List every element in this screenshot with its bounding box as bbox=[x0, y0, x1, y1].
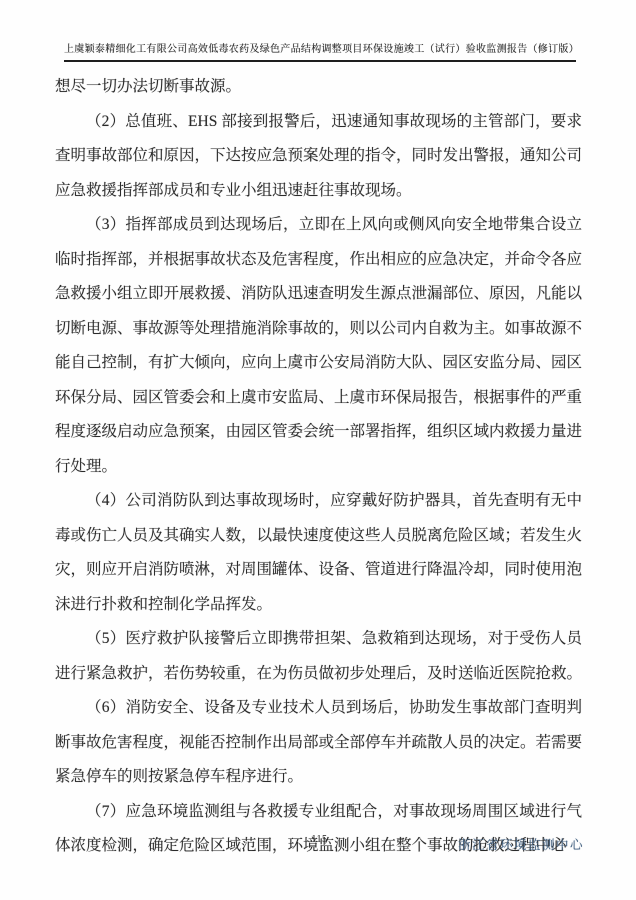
body-paragraph: （5）医疗救护队接警后立即携带担架、急救箱到达现场，对于受伤人员进行紧急救护，若… bbox=[55, 622, 582, 691]
document-footer: 115 浙江省环境监测中心 bbox=[55, 834, 584, 854]
body-paragraph: （4）公司消防队到达事故现场时，应穿戴好防护器具，首先查明有无中毒或伤亡人员及其… bbox=[55, 484, 582, 622]
document-body: 想尽一切办法切断事故源。 （2）总值班、EHS 部接到报警后，迅速通知事故现场的… bbox=[55, 70, 582, 864]
body-paragraph: （6）消防安全、设备及专业技术人员到场后，协助发生事故部门查明判断事故危害程度，… bbox=[55, 691, 582, 795]
agency-stamp: 浙江省环境监测中心 bbox=[458, 835, 584, 853]
document-page: 上虞颖泰精细化工有限公司高效低毒农药及绿色产品结构调整项目环保设施竣工（试行）验… bbox=[0, 0, 636, 900]
document-header-title: 上虞颖泰精细化工有限公司高效低毒农药及绿色产品结构调整项目环保设施竣工（试行）验… bbox=[64, 40, 576, 62]
body-paragraph: （3）指挥部成员到达现场后，立即在上风向或侧风向安全地带集合设立临时指挥部，并根… bbox=[55, 208, 582, 484]
body-paragraph: （2）总值班、EHS 部接到报警后，迅速通知事故现场的主管部门，要求查明事故部位… bbox=[55, 105, 582, 209]
body-paragraph: 想尽一切办法切断事故源。 bbox=[55, 70, 582, 105]
